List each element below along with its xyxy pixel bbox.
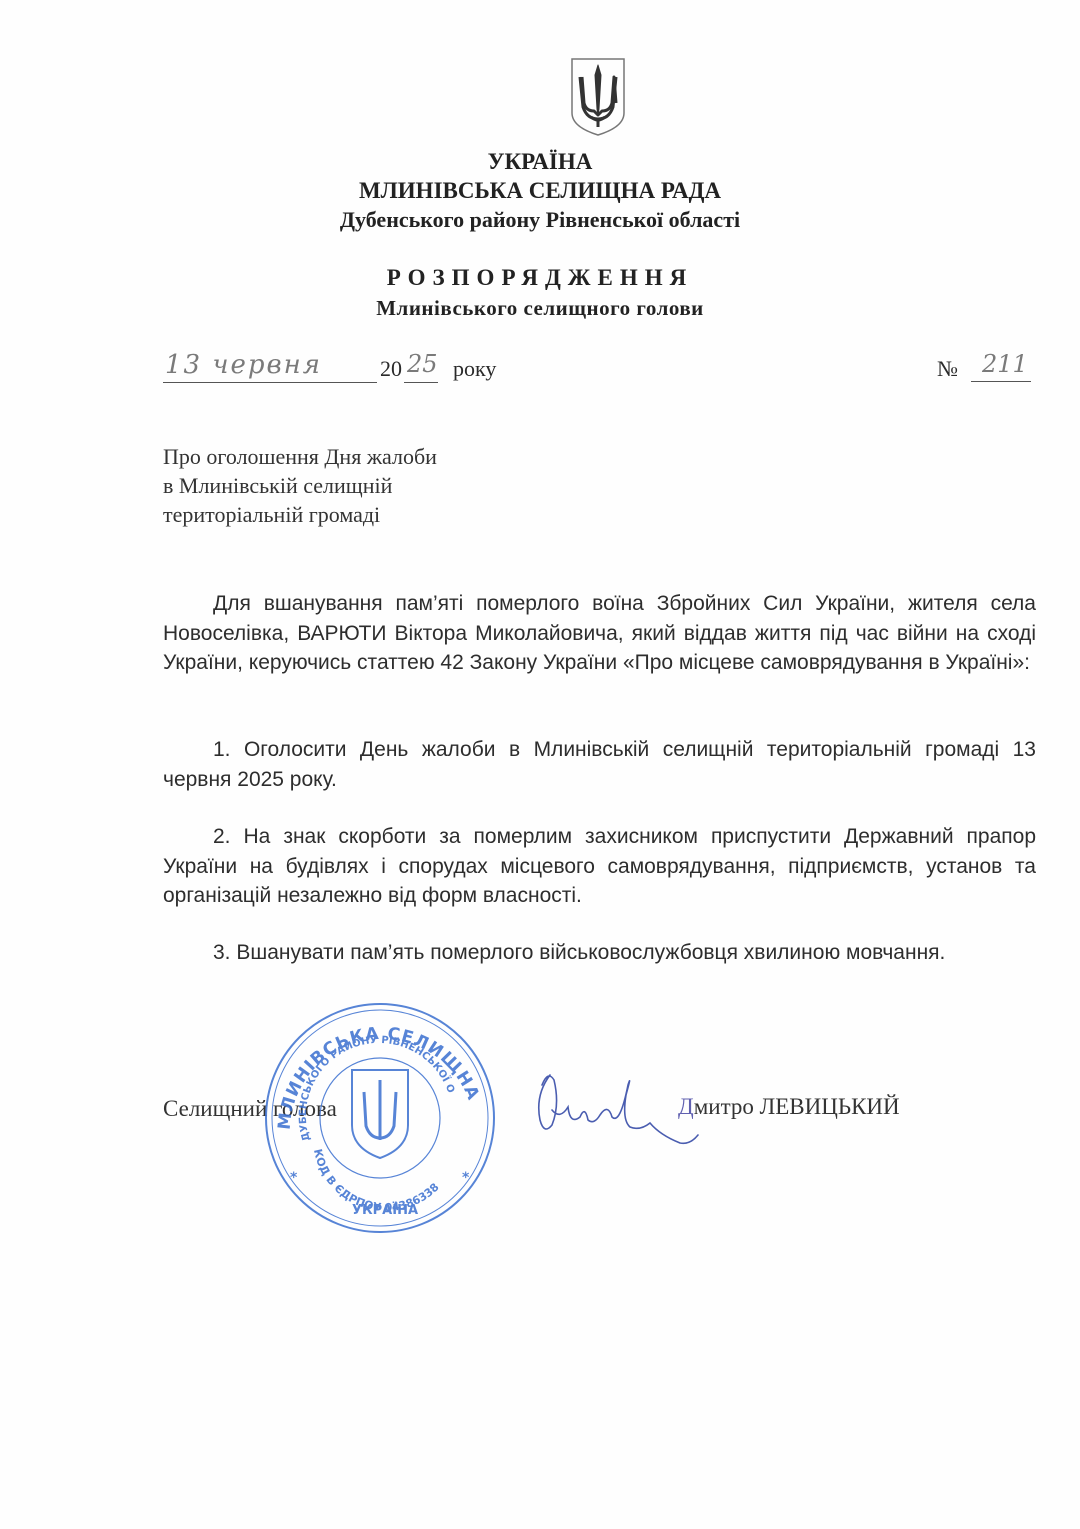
subject-line: в Млинівській селищній — [163, 471, 437, 500]
number-sign: № — [937, 356, 958, 382]
date-day-month: 13 червня — [165, 350, 322, 380]
signatory-name: Дмитро ЛЕВИЦЬКИЙ — [678, 1094, 900, 1120]
year-word: року — [453, 356, 496, 382]
document-type: РОЗПОРЯДЖЕННЯ — [0, 265, 1080, 291]
document-subject: Про оголошення Дня жалоби в Млинівській … — [163, 442, 437, 529]
year-prefix: 20 — [380, 356, 402, 382]
order-item-2: 2. На знак скорботи за померлим захисник… — [163, 822, 1036, 911]
subject-line: Про оголошення Дня жалоби — [163, 442, 437, 471]
preamble-text: Для вшанування пам’яті померлого воїна З… — [163, 592, 1036, 674]
header-council: МЛИНІВСЬКА СЕЛИЩНА РАДА — [0, 178, 1080, 204]
document-subtype: Млинівського селищного голови — [0, 296, 1080, 321]
order-item-text: 2. На знак скорботи за померлим захисник… — [163, 825, 1036, 907]
svg-text:*: * — [290, 1170, 298, 1186]
order-item-1: 1. Оголосити День жалоби в Млинівській с… — [163, 735, 1036, 794]
header-district: Дубенського району Рівненської області — [0, 207, 1080, 233]
header-country: УКРАЇНА — [0, 149, 1080, 175]
number-value: 211 — [982, 350, 1028, 378]
year-suffix: 25 — [407, 350, 438, 378]
subject-line: територіальній громаді — [163, 500, 437, 529]
official-seal-stamp: МЛИНІВСЬКА СЕЛИЩНА РАДА ДУБЕНСЬКОГО РАЙО… — [262, 1000, 498, 1236]
date-underline — [163, 382, 377, 383]
preamble-paragraph: Для вшанування пам’яті померлого воїна З… — [163, 589, 1036, 678]
order-item-3: 3. Вшанувати пам’ять померлого військово… — [163, 938, 1036, 968]
number-underline — [971, 381, 1031, 382]
document-number: № 211 — [937, 350, 1047, 386]
svg-text:МЛИНІВСЬКА СЕЛИЩНА РАДА: МЛИНІВСЬКА СЕЛИЩНА РАДА — [262, 1000, 486, 1131]
order-item-text: 1. Оголосити День жалоби в Млинівській с… — [163, 738, 1036, 791]
svg-text:*: * — [462, 1170, 470, 1186]
trident-coat-of-arms-icon — [570, 57, 626, 137]
svg-text:УКРАЇНА: УКРАЇНА — [352, 1202, 418, 1218]
document-page: УКРАЇНА МЛИНІВСЬКА СЕЛИЩНА РАДА Дубенськ… — [0, 0, 1080, 1529]
order-item-text: 3. Вшанувати пам’ять померлого військово… — [213, 941, 945, 964]
document-date: 13 червня 20 25 року — [163, 350, 523, 386]
year-underline — [404, 382, 438, 383]
